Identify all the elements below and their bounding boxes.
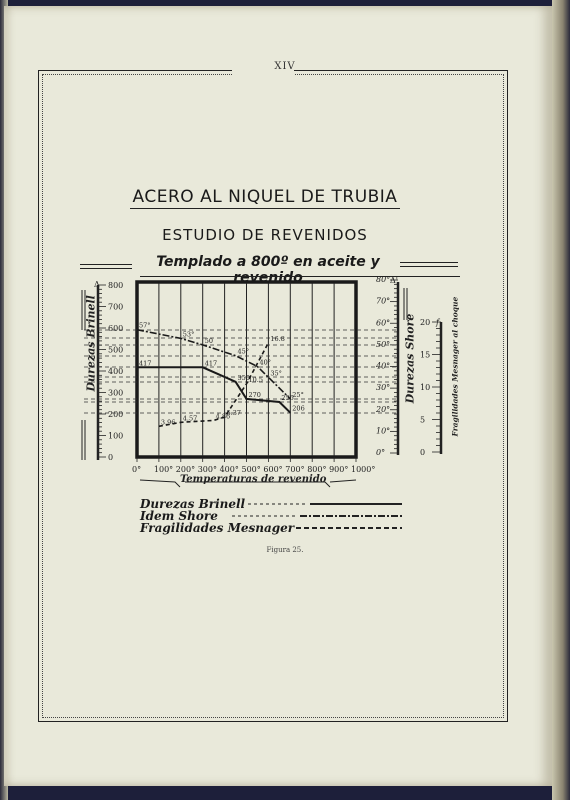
svg-text:Δ: Δ (94, 280, 100, 289)
svg-text:500: 500 (108, 346, 123, 355)
x-axis-ticks: 0°100°200°300°400°500°600°700°800°900°10… (132, 457, 375, 474)
svg-text:400: 400 (108, 367, 123, 376)
svg-text:0°: 0° (132, 465, 141, 474)
svg-text:45°: 45° (238, 348, 250, 356)
svg-text:40°: 40° (375, 362, 390, 371)
svg-text:57°: 57° (139, 322, 151, 330)
svg-text:417: 417 (139, 359, 151, 367)
svg-text:0°: 0° (376, 448, 385, 457)
svg-text:20°: 20° (375, 405, 390, 414)
svg-text:80°: 80° (376, 275, 390, 284)
svg-text:25°: 25° (292, 391, 304, 399)
svg-text:4.57: 4.57 (183, 414, 197, 422)
svg-text:600: 600 (108, 324, 123, 333)
x-axis-title: Temperaturas de revenido (180, 474, 326, 485)
svg-text:15: 15 (420, 351, 430, 360)
svg-text:50: 50 (205, 337, 213, 345)
svg-text:270: 270 (249, 391, 261, 399)
svg-text:16.8: 16.8 (270, 335, 284, 343)
svg-text:10°: 10° (376, 426, 390, 435)
right-axis-mesnager-ticks: 20151050f (420, 318, 441, 457)
svg-text:500°: 500° (242, 465, 261, 474)
figure-caption: Figura 25. (0, 546, 570, 554)
svg-text:206: 206 (292, 405, 304, 413)
svg-text:10.5: 10.5 (249, 376, 263, 384)
svg-text:30°: 30° (376, 383, 390, 392)
svg-text:1000°: 1000° (351, 465, 375, 474)
svg-text:300: 300 (108, 389, 123, 398)
svg-text:400°: 400° (220, 465, 239, 474)
svg-text:3.96: 3.96 (161, 418, 175, 426)
svg-text:70°: 70° (376, 297, 390, 306)
svg-text:60°: 60° (376, 318, 390, 327)
left-axis (82, 285, 98, 460)
svg-text:5.37: 5.37 (227, 409, 241, 417)
svg-text:300°: 300° (198, 465, 217, 474)
series-durezas-brinell (137, 367, 290, 412)
right-axis-shore-ticks: 80°70°60°50°40°30°20°10°0°Δ' (375, 275, 398, 457)
chart-svg: 8007006005004003002001000Δ 80°70°60°50°4… (0, 0, 570, 800)
svg-text:100°: 100° (154, 465, 173, 474)
svg-text:700°: 700° (285, 465, 304, 474)
svg-text:50°: 50° (376, 340, 390, 349)
plot-grid (84, 282, 398, 457)
svg-text:5: 5 (420, 416, 425, 425)
svg-text:40°: 40° (259, 359, 271, 367)
svg-text:200: 200 (108, 410, 123, 419)
svg-text:100: 100 (108, 432, 123, 441)
svg-text:700: 700 (108, 303, 123, 312)
svg-text:800°: 800° (307, 465, 326, 474)
svg-text:200°: 200° (176, 465, 195, 474)
svg-text:10: 10 (420, 383, 430, 392)
svg-text:53°: 53° (183, 330, 195, 338)
svg-text:417: 417 (205, 359, 217, 367)
right-axis-shore (398, 282, 407, 455)
legend-item-mesnager: Fragilidades Mesnager (140, 522, 294, 534)
svg-text:0: 0 (420, 448, 425, 457)
legend: Durezas Brinell Idem Shore Fragilidades … (140, 498, 294, 534)
chart-series: 41741735027025620657°53°5045°40°35°25°3.… (137, 322, 305, 427)
svg-text:900°: 900° (329, 465, 348, 474)
series-fragilidades-mesnager (159, 343, 269, 427)
svg-text:0: 0 (108, 453, 113, 462)
svg-text:800: 800 (108, 281, 123, 290)
svg-text:Δ': Δ' (390, 276, 398, 285)
svg-text:600°: 600° (263, 465, 282, 474)
svg-text:35°: 35° (270, 369, 282, 377)
svg-text:20: 20 (420, 318, 430, 327)
